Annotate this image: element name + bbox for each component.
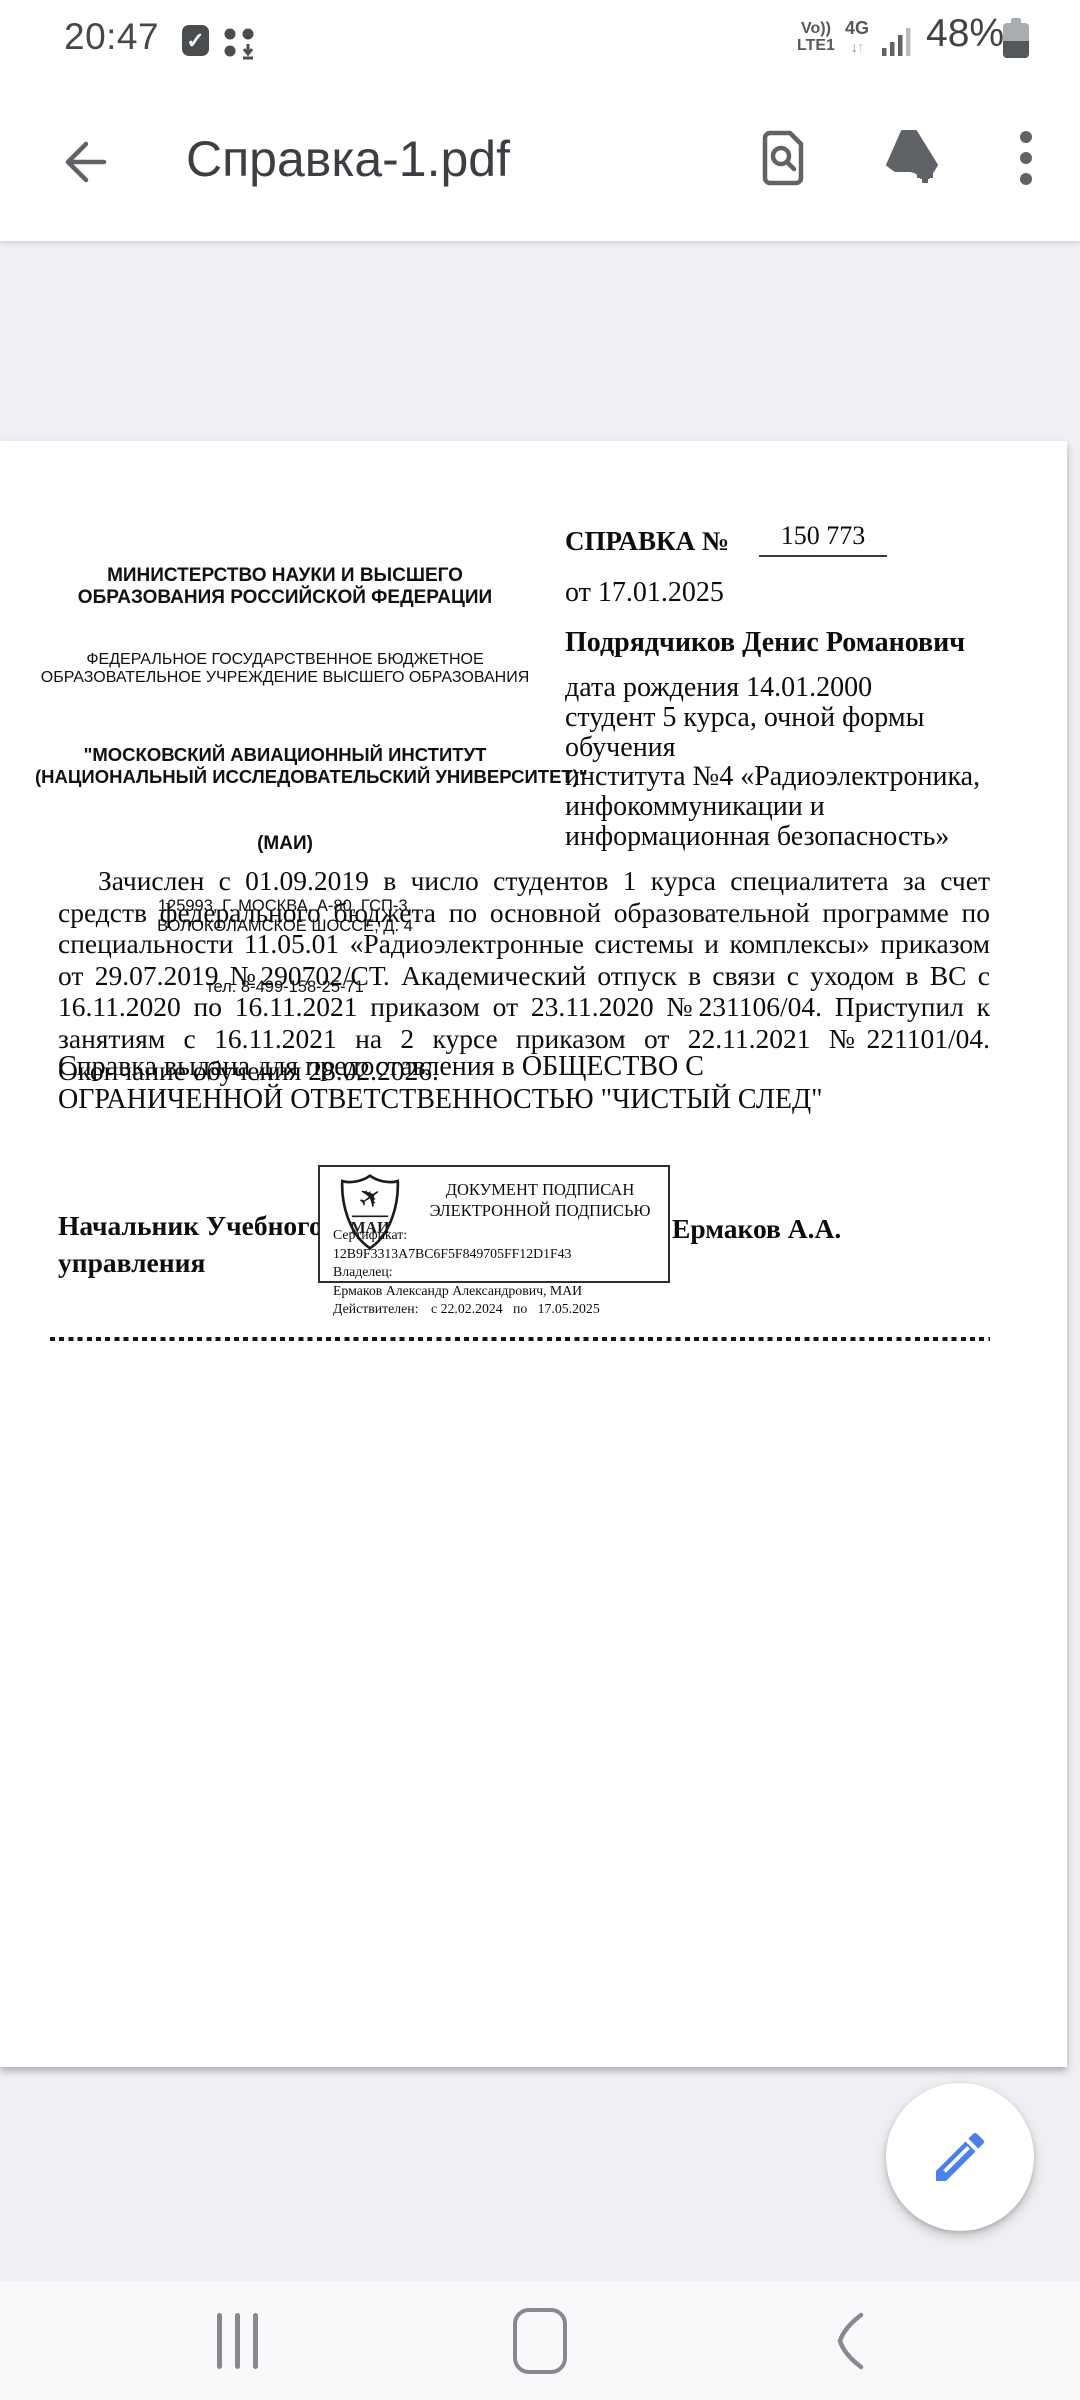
more-options-button[interactable] [994,126,1058,190]
signer-position: Начальник Учебного управления [58,1207,323,1281]
dotted-separator [50,1337,990,1341]
stamp-details: Сертификат:12B9F3313A7BC6F5F849705FF12D1… [333,1226,668,1319]
battery-icon [1003,18,1029,58]
certificate-date: от 17.01.2025 [565,577,724,609]
volte-indicator: Vo)) LTE1 [797,20,835,54]
volte-bottom-label: LTE1 [797,37,835,54]
network-type-indicator: 4G ↓↑ [845,19,869,57]
downloads-notification-icon [224,27,262,61]
stamp-owner-row: Владелец:Ермаков Александр Александрович… [333,1263,668,1300]
signer-name: Ермаков А.А. [672,1213,841,1245]
stamp-valid-value: с 22.02.2024 по 17.05.2025 [431,1301,600,1316]
stamp-certificate-value: 12B9F3313A7BC6F5F849705FF12D1F43 [333,1246,571,1261]
header: 20:47 ✓ Vo)) LTE1 4G ↓↑ 48% [0,0,1080,241]
checkbox-notification-icon: ✓ [182,25,209,56]
university-name: "МОСКОВСКИЙ АВИАЦИОННЫЙ ИНСТИТУТ (НАЦИОН… [35,744,535,787]
stamp-valid-label: Действителен: [333,1300,431,1319]
pdf-viewer[interactable]: МИНИСТЕРСТВО НАУКИ И ВЫСШЕГО ОБРАЗОВАНИЯ… [0,241,1080,2282]
navigation-bar [0,2281,1080,2400]
nav-back-icon [834,2311,866,2371]
home-icon [513,2308,567,2374]
pdf-page: МИНИСТЕРСТВО НАУКИ И ВЫСШЕГО ОБРАЗОВАНИЯ… [0,441,1067,2067]
document-title: Справка-1.pdf [186,128,510,190]
university-abbr: (МАИ) [35,834,535,854]
stamp-owner-value: Ермаков Александр Александрович, МАИ [333,1283,582,1298]
nav-home-button[interactable] [460,2281,620,2400]
pencil-icon [928,2125,992,2189]
battery-percent-label: 48% [926,12,1004,56]
stamp-certificate-row: Сертификат:12B9F3313A7BC6F5F849705FF12D1… [333,1226,668,1263]
back-button[interactable] [56,136,108,188]
stamp-valid-row: Действителен:с 22.02.2024 по 17.05.2025 [333,1300,668,1319]
institution-type: ФЕДЕРАЛЬНОЕ ГОСУДАРСТВЕННОЕ БЮДЖЕТНОЕ ОБ… [35,651,535,687]
nav-back-button[interactable] [770,2281,930,2400]
signal-strength-icon [882,25,914,57]
volte-top-label: Vo)) [797,20,835,37]
status-time: 20:47 [64,16,159,58]
find-in-document-icon [757,130,809,186]
issued-for-paragraph: Справка выдана для предоставления в ОБЩЕ… [58,1051,900,1116]
ministry-name: МИНИСТЕРСТВО НАУКИ И ВЫСШЕГО ОБРАЗОВАНИЯ… [35,565,535,608]
stamp-certificate-label: Сертификат: [333,1226,431,1245]
recents-icon [217,2313,258,2369]
find-in-document-button[interactable] [751,126,815,190]
add-to-drive-button[interactable] [880,126,944,190]
stamp-owner-label: Владелец: [333,1263,431,1282]
edit-fab-button[interactable] [886,2083,1034,2231]
signature-stamp: ✈ МАИ ДОКУМЕНТ ПОДПИСАН ЭЛЕКТРОННОЙ ПОДП… [318,1165,670,1283]
nav-recents-button[interactable] [157,2281,317,2400]
student-details: дата рождения 14.01.2000 студент 5 курса… [565,673,980,852]
certificate-header: СПРАВКА № 150 773 [565,521,887,557]
stamp-title: ДОКУМЕНТ ПОДПИСАН ЭЛЕКТРОННОЙ ПОДПИСЬЮ [420,1180,660,1221]
certificate-label: СПРАВКА № [565,526,729,557]
add-to-drive-icon [881,129,943,187]
data-arrows-icon: ↓↑ [845,38,869,57]
student-name: Подрядчиков Денис Романович [565,627,965,659]
network-type-label: 4G [845,19,869,38]
kebab-menu-icon [1019,129,1033,187]
certificate-number: 150 773 [759,521,887,557]
